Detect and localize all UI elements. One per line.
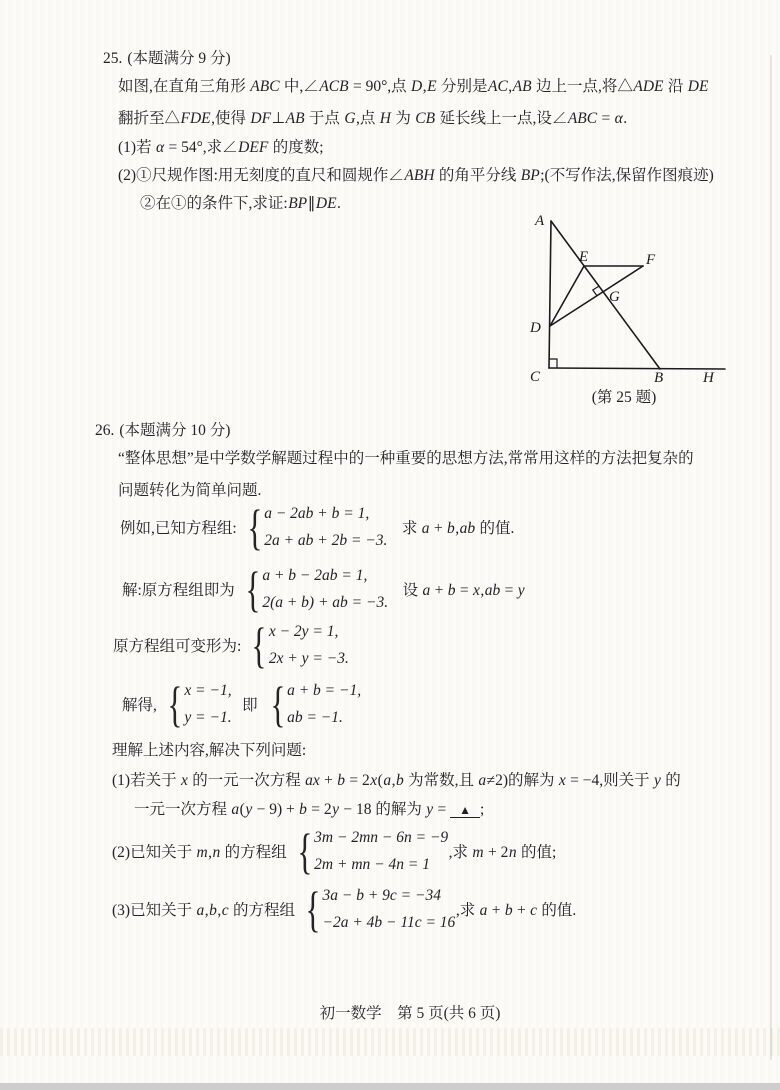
p26-sol1-tail: 设 a + b = x,ab = y [403,578,526,600]
vertex-label-B: B [654,370,663,386]
equation: 2a + ab + 2b = −3. [264,527,388,554]
equation-system: 3a − b + 9c = −34 −2a + 4b − 11c = 16 [301,882,456,936]
p25-line-1: 如图,在直角三角形 ABC 中,∠ACB = 90°,点 D,E 分别是AC,A… [118,76,709,98]
equation: 2m + mn − 4n = 1 [314,851,449,878]
vertex-label-D: D [529,320,541,336]
p25-part-2-1: (2)①尺规作图:用无刻度的直尺和圆规作∠ABH 的角平分线 BP;(不写作法,… [118,165,714,187]
triangle-diagram: A E F G D C B H [522,207,737,387]
scan-bottom-bar [0,1083,780,1090]
p26-sol2-label: 原方程组可变形为: [113,634,241,656]
p25-part-2-2: ②在①的条件下,求证:BP∥DE. [140,193,341,215]
p26-score: (本题满分 10 分) [119,422,230,439]
vertex-label-G: G [609,289,620,305]
equation: 3a − b + 9c = −34 [322,882,456,909]
p26-solution-row-1: 解:原方程组即为 a + b − 2ab = 1, 2(a + b) + ab … [122,562,525,616]
vertex-label-C: C [530,369,541,385]
equation: y = −1. [184,704,232,731]
equation: 3m − 2mn − 6n = −9 [314,824,449,851]
p26-example-row: 例如,已知方程组: a − 2ab + b = 1, 2a + ab + 2b … [120,500,514,554]
p26-sol3-label: 解得, [122,693,157,715]
p26-number: 26. [95,422,114,439]
equation-system: x − 2y = 1, 2x + y = −3. [247,618,349,672]
p25-header: 25.(本题满分 9 分) [103,48,231,70]
segment-CH [549,368,725,369]
p26-solution-row-2: 原方程组可变形为: x − 2y = 1, 2x + y = −3. [113,618,349,672]
p26-intro-2: 问题转化为简单问题. [118,480,261,502]
p26-solution-row-3: 解得, x = −1, y = −1. 即 a + b = −1, ab = −… [122,677,362,731]
p26-q2-row: (2)已知关于 m,n 的方程组 3m − 2mn − 6n = −9 2m +… [112,824,556,878]
p25-part-1: (1)若 α = 54°,求∠DEF 的度数; [118,137,324,159]
equation-system: a + b − 2ab = 1, 2(a + b) + ab = −3. [241,562,389,616]
figure-caption: (第 25 题) [524,385,724,407]
p26-q3-tail: ,求 a + b + c 的值. [456,898,576,920]
equation-system: a − 2ab + b = 1, 2a + ab + 2b = −3. [243,500,388,554]
p26-example-label: 例如,已知方程组: [120,516,237,538]
page-footer: 初一数学 第 5 页(共 6 页) [40,1001,780,1023]
p25-number: 25. [103,50,122,67]
p26-sol1-label: 解:原方程组即为 [122,578,235,600]
scan-right-edge [770,55,772,1060]
equation: a − 2ab + b = 1, [264,500,388,527]
p26-intro-1: “整体思想”是中学数学解题过程中的一种重要的思想方法,常常用这样的方法把复杂的 [118,448,694,470]
vertex-label-E: E [578,249,588,265]
equation: 2x + y = −3. [268,645,349,672]
p26-header: 26.(本题满分 10 分) [95,420,230,442]
equation: −2a + 4b − 11c = 16 [322,909,456,936]
p26-sol3-mid: 即 [242,693,258,715]
equation-system: a + b = −1, ab = −1. [266,677,362,731]
p26-q2-label: (2)已知关于 m,n 的方程组 [112,840,287,862]
vertex-label-H: H [702,370,715,386]
equation: a + b = −1, [287,677,362,704]
p25-score: (本题满分 9 分) [127,50,230,67]
equation: a + b − 2ab = 1, [262,562,389,589]
equation: x = −1, [184,677,232,704]
p26-q1-line-2: 一元一次方程 a(y − 9) + b = 2y − 18 的解为 y = ▲; [134,799,484,821]
segment-DF [550,266,643,326]
p26-q2-tail: ,求 m + 2n 的值; [449,840,557,862]
p26-understand-line: 理解上述内容,解决下列问题: [112,740,306,762]
equation-system: 3m − 2mn − 6n = −9 2m + mn − 4n = 1 [293,824,449,878]
equation-system: x = −1, y = −1. [163,677,232,731]
p26-q1-line-1: (1)若关于 x 的一元一次方程 ax + b = 2x(a,b 为常数,且 a… [112,770,681,792]
p26-q3-row: (3)已知关于 a,b,c 的方程组 3a − b + 9c = −34 −2a… [112,882,576,936]
segment-AC [549,221,551,368]
p25-geometry-figure: A E F G D C B H [522,207,737,387]
p25-line-2: 翻折至△FDE,使得 DF⊥AB 于点 G,点 H 为 CB 延长线上一点,设∠… [118,108,627,130]
vertex-label-A: A [534,213,545,229]
vertex-label-F: F [645,252,656,268]
right-angle-mark-C [549,359,557,368]
equation: ab = −1. [287,704,362,731]
equation: x − 2y = 1, [268,618,349,645]
exam-page: 25.(本题满分 9 分) 如图,在直角三角形 ABC 中,∠ACB = 90°… [0,0,780,1090]
p26-example-tail: 求 a + b,ab 的值. [402,516,515,538]
equation: 2(a + b) + ab = −3. [262,589,389,616]
segment-DE [550,266,584,326]
scan-stripe-band [0,1028,780,1056]
p26-q3-label: (3)已知关于 a,b,c 的方程组 [112,898,295,920]
